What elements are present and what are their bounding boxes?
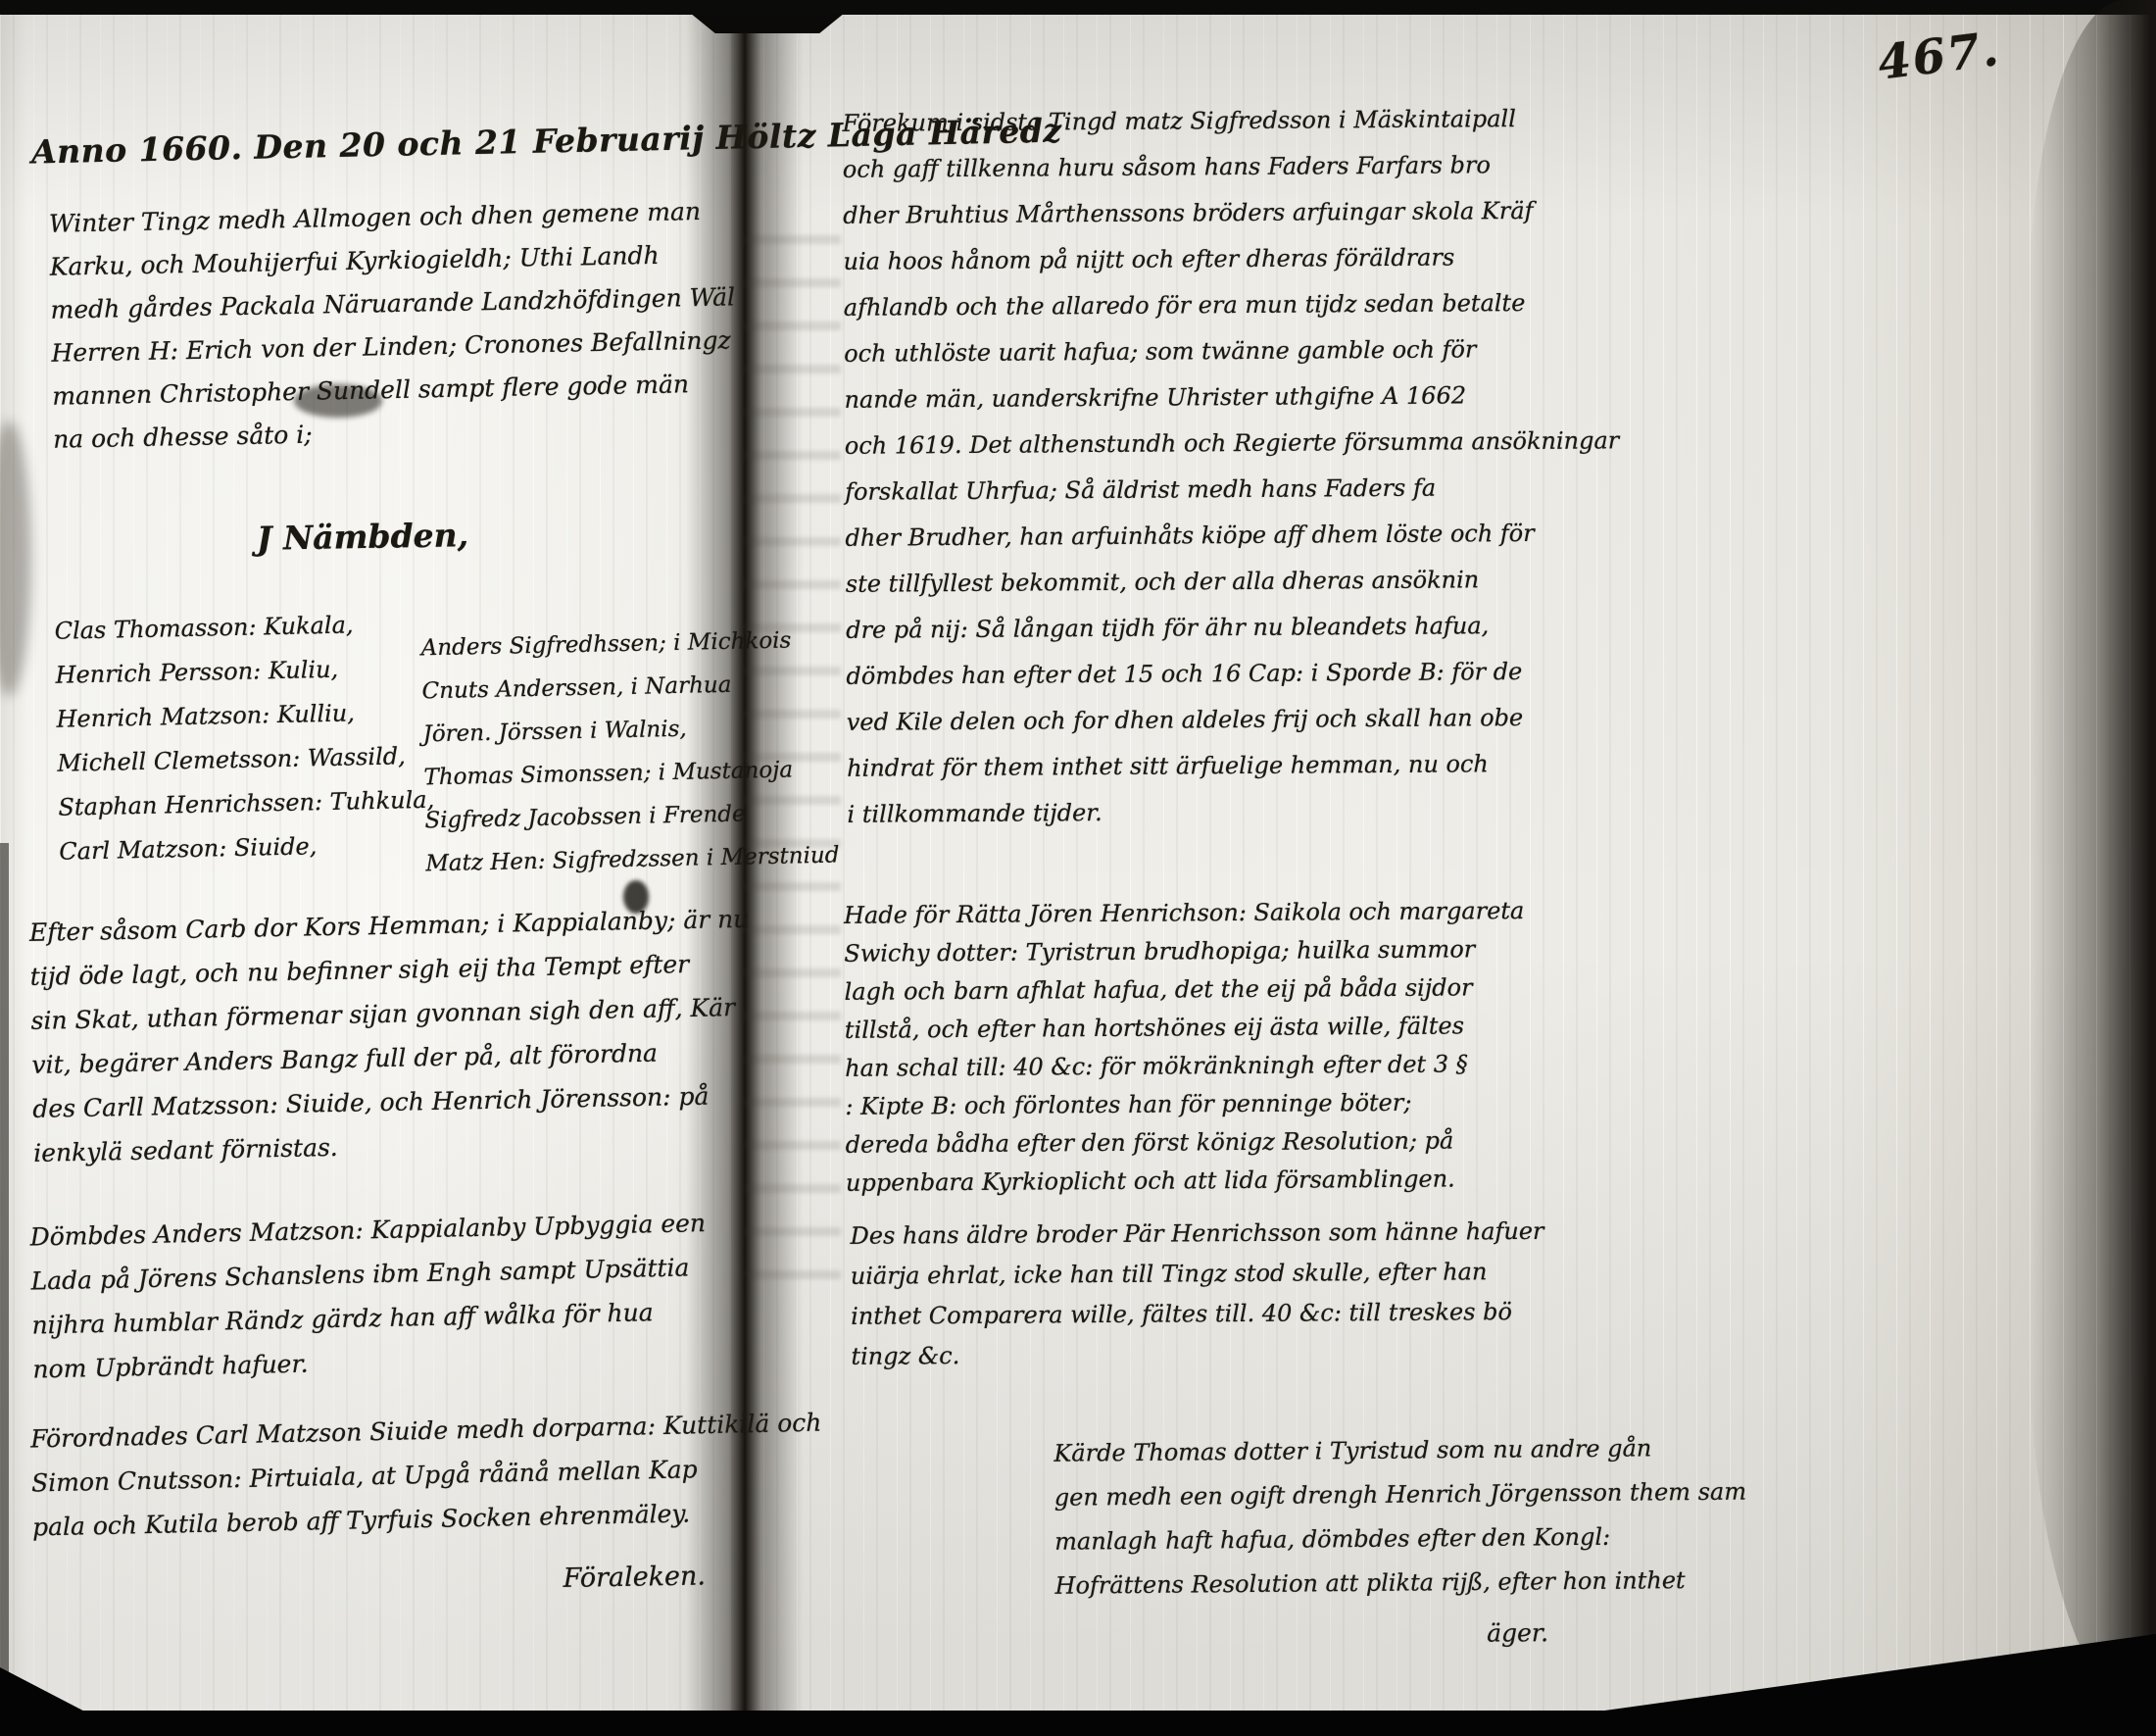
manuscript-line: och 1619. Det althenstundh och Regierte … <box>845 418 1641 470</box>
book-edge-left <box>0 843 9 1725</box>
manuscript-line: han schal till: 40 &c: för mökränkningh … <box>845 1044 1641 1088</box>
jury-member-name: Thomas Simonssen; i Mustanoja <box>423 750 738 800</box>
manuscript-line: tillstå, och efter han hortshönes eij äs… <box>845 1006 1641 1050</box>
right-page-catchword: äger. <box>1352 1618 1548 1649</box>
manuscript-line: och gaff tillkenna huru såsom hans Fader… <box>843 141 1639 193</box>
jury-member-name: Sigfredz Jacobssen i Frende <box>424 793 739 843</box>
manuscript-line: hindrat för them inthet sitt ärfuelige h… <box>847 740 1642 792</box>
manuscript-line: Hofrättens Resolution att plikta rijß, e… <box>1054 1559 1662 1608</box>
page-curl-shadow-right <box>2029 0 2156 1725</box>
jury-member-name: Henrich Persson: Kuliu, <box>55 646 409 698</box>
manuscript-line: gen medh een ogift drengh Henrich Jörgen… <box>1054 1470 1662 1519</box>
jury-member-name: Carl Matzson: Siuide, <box>59 822 413 874</box>
manuscript-scan: 467. Anno 1660. Den 20 och 21 Februarij … <box>0 0 2156 1736</box>
manuscript-line: uiärja ehrlat, icke han till Tingz stod … <box>851 1251 1641 1297</box>
manuscript-line: tingz &c. <box>851 1331 1641 1377</box>
manuscript-line: Kärde Thomas dotter i Tyristud som nu an… <box>1053 1426 1661 1475</box>
manuscript-line: ved Kile delen och for dhen aldeles frij… <box>847 694 1642 746</box>
manuscript-line: dher Bruhtius Mårthenssons bröders arfui… <box>843 187 1639 239</box>
manuscript-line: uia hoos hånom på nijtt och efter dheras… <box>843 233 1639 285</box>
manuscript-line: dereda bådha efter den först königz Reso… <box>846 1120 1641 1165</box>
right-page-case-paragraph-4: Kärde Thomas dotter i Tyristud som nu an… <box>1053 1426 1663 1608</box>
manuscript-line: ste tillfyllest bekommit, och der alla d… <box>846 556 1641 608</box>
left-page-case-paragraph-3: Förordnades Carl Matzson Siuide medh dor… <box>30 1403 735 1550</box>
manuscript-line: lagh och barn afhlat hafua, det the eij … <box>844 967 1640 1012</box>
manuscript-line: dömbdes han efter det 15 och 16 Cap: i S… <box>846 648 1641 700</box>
right-page-case-paragraph-3: Des hans äldre broder Pär Henrichsson so… <box>850 1211 1641 1377</box>
court-session-intro: Winter Tingz medh Allmogen och dhen geme… <box>49 189 740 461</box>
manuscript-line: dre på nij: Så långan tijdh för ähr nu b… <box>846 602 1641 654</box>
left-page-signoff: Föraleken. <box>412 1561 706 1596</box>
manuscript-line: afhlandb och the allaredo för era mun ti… <box>844 279 1640 331</box>
manuscript-line: och uthlöste uarit hafua; som twänne gam… <box>844 325 1640 377</box>
jury-member-name: Jören. Jörssen i Walnis, <box>422 707 737 757</box>
jury-list-right-column: Anders Sigfredhssen; i MichkoisCnuts And… <box>420 620 739 886</box>
manuscript-line: nande män, uanderskrifne Uhrister uthgif… <box>844 372 1640 423</box>
manuscript-line: Swichy dotter: Tyristrun brudhopiga; hui… <box>844 929 1640 973</box>
manuscript-line: Förekum i sidsta Tingd matz Sigfredsson … <box>842 95 1638 147</box>
right-page-case-paragraph-1: Förekum i sidsta Tingd matz Sigfredsson … <box>842 95 1642 838</box>
jury-member-name: Matz Hen: Sigfredzssen i Merstniud <box>425 836 740 886</box>
jury-member-name: Henrich Matzson: Kulliu, <box>56 690 410 742</box>
manuscript-line: Hade för Rätta Jören Henrichson: Saikola… <box>844 891 1640 935</box>
manuscript-line: Des hans äldre broder Pär Henrichsson so… <box>850 1211 1640 1257</box>
jury-member-name: Cnuts Anderssen, i Narhua <box>421 664 736 714</box>
right-page-case-paragraph-2: Hade för Rätta Jören Henrichson: Saikola… <box>844 891 1641 1203</box>
jury-member-name: Staphan Henrichssen: Tuhkula, <box>58 778 412 830</box>
manuscript-line: manlagh haft hafua, dömbdes efter den Ko… <box>1054 1514 1662 1563</box>
manuscript-line: forskallat Uhrfua; Så äldrist medh hans … <box>845 464 1641 516</box>
left-page-case-paragraph-2: Dömbdes Anders Matzson: Kappialanby Upby… <box>29 1201 735 1392</box>
left-page-case-paragraph-1: Efter såsom Carb dor Kors Hemman; i Kapp… <box>28 897 735 1175</box>
manuscript-line: : Kipte B: och förlontes han för penning… <box>845 1082 1641 1126</box>
book-edge-bottom <box>0 1711 2156 1736</box>
manuscript-line: uppenbara Kyrkioplicht och att lida förs… <box>846 1159 1641 1203</box>
manuscript-line: dher Brudher, han arfuinhåts kiöpe aff d… <box>845 510 1641 562</box>
jury-member-name: Michell Clemetsson: Wassild, <box>57 734 411 786</box>
book-edge-top <box>0 0 2156 15</box>
jury-list-left-column: Clas Thomasson: Kukala,Henrich Persson: … <box>54 602 413 873</box>
jury-member-name: Clas Thomasson: Kukala, <box>54 602 408 654</box>
jury-member-name: Anders Sigfredhssen; i Michkois <box>420 620 735 670</box>
manuscript-line: i tillkommande tijder. <box>847 786 1642 838</box>
manuscript-line: inthet Comparera wille, fältes till. 40 … <box>851 1291 1641 1337</box>
